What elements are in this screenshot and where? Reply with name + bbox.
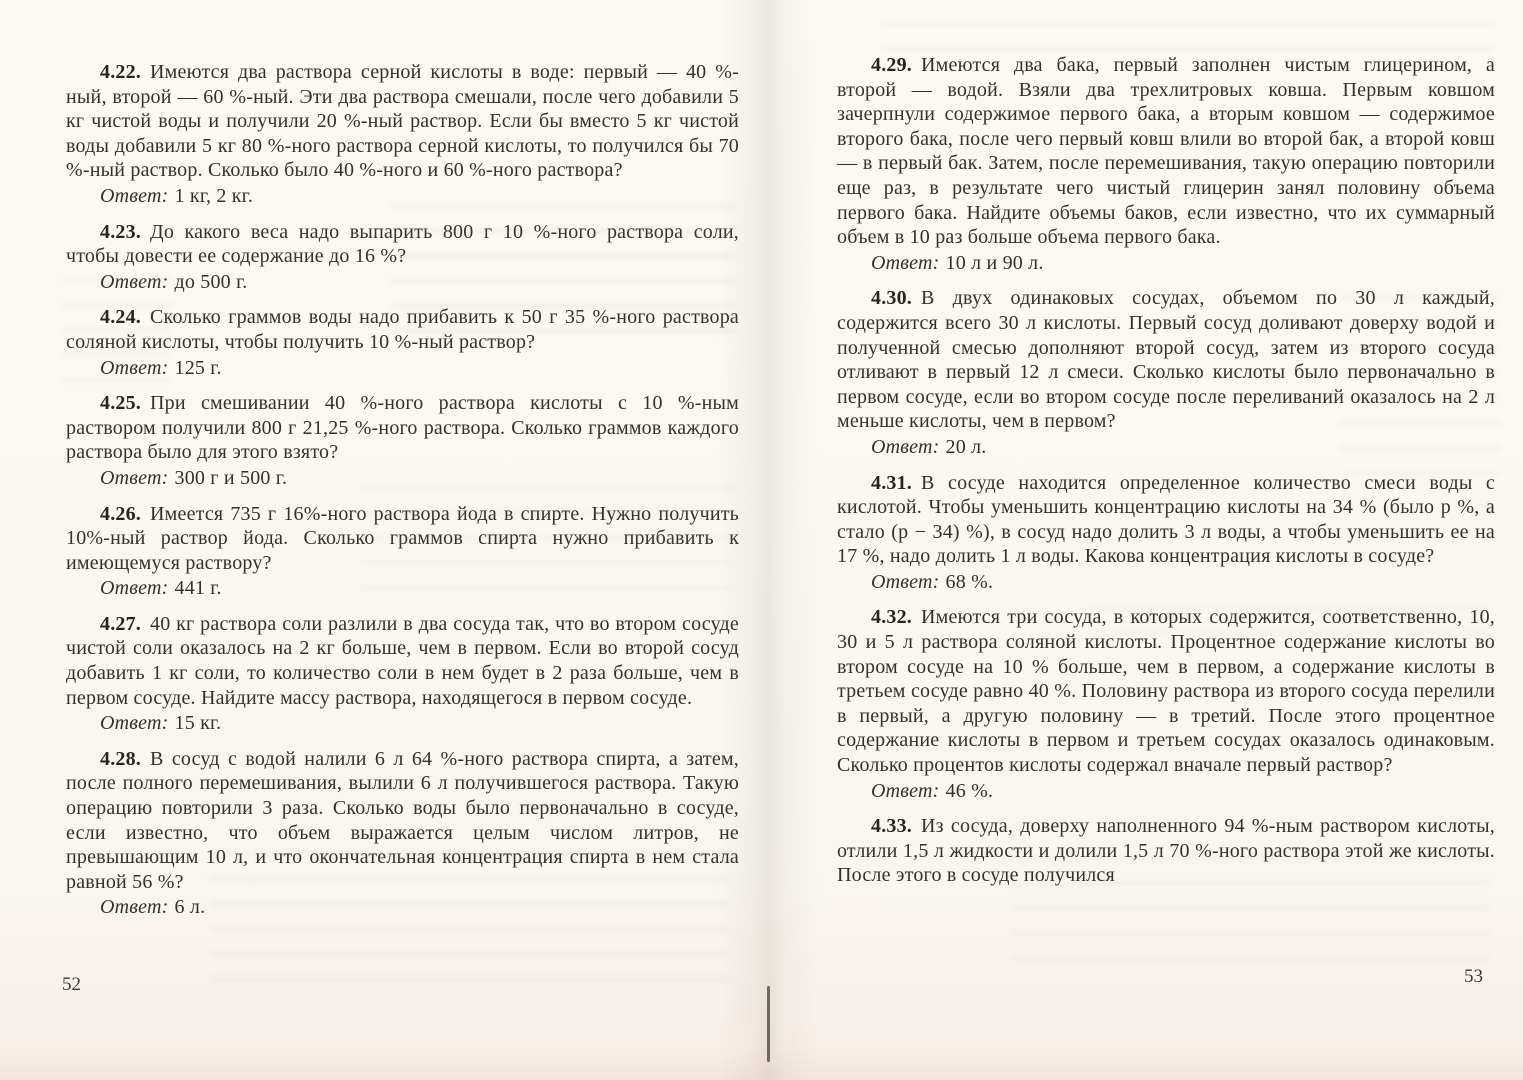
answer-value: 1 кг, 2 кг. bbox=[175, 185, 254, 207]
answer-label: Ответ: bbox=[100, 357, 169, 379]
problem-text: 4.29.Имеются два бака, первый заполнен ч… bbox=[837, 53, 1495, 250]
problem-4-26: 4.26.Имеется 735 г 16%-ного раствора йод… bbox=[66, 502, 739, 601]
answer-line: Ответ:15 кг. bbox=[66, 711, 739, 736]
answer-value: 20 л. bbox=[946, 436, 987, 458]
page-left: 4.22.Имеются два раствора серной кислоты… bbox=[0, 0, 761, 1080]
answer-value: 46 %. bbox=[946, 780, 994, 802]
page-right: 4.29.Имеются два бака, первый заполнен ч… bbox=[761, 0, 1523, 1080]
problem-body: Имеются три сосуда, в которых содержится… bbox=[837, 606, 1495, 776]
problem-text: 4.27.40 кг раствора соли разлили в два с… bbox=[66, 612, 739, 710]
answer-line: Ответ:6 л. bbox=[66, 895, 739, 920]
problem-text: 4.32.Имеются три сосуда, в которых содер… bbox=[837, 605, 1495, 777]
problem-4-25: 4.25.При смешивании 40 %-ного раствора к… bbox=[66, 391, 739, 490]
answer-label: Ответ: bbox=[871, 780, 940, 802]
problem-text: 4.26.Имеется 735 г 16%-ного раствора йод… bbox=[66, 502, 739, 576]
problem-4-29: 4.29.Имеются два бака, первый заполнен ч… bbox=[837, 53, 1495, 275]
answer-label: Ответ: bbox=[871, 571, 940, 593]
problem-4-23: 4.23.До какого веса надо выпарить 800 г … bbox=[66, 220, 739, 295]
book-spread: 4.22.Имеются два раствора серной кислоты… bbox=[0, 0, 1523, 1080]
problem-body: В сосуде находится определенное количест… bbox=[837, 472, 1495, 568]
problem-4-24: 4.24.Сколько граммов воды надо прибавить… bbox=[66, 305, 739, 380]
problem-text: 4.24.Сколько граммов воды надо прибавить… bbox=[66, 305, 739, 354]
problem-number: 4.29. bbox=[871, 54, 912, 76]
answer-value: 10 л и 90 л. bbox=[946, 252, 1044, 274]
problem-4-33: 4.33.Из сосуда, доверху наполненного 94 … bbox=[837, 814, 1495, 888]
problem-text: 4.33.Из сосуда, доверху наполненного 94 … bbox=[837, 814, 1495, 888]
answer-line: Ответ:20 л. bbox=[837, 435, 1495, 460]
problem-body: Имеются два раствора серной кислоты в во… bbox=[66, 61, 739, 181]
problem-4-27: 4.27.40 кг раствора соли разлили в два с… bbox=[66, 612, 739, 736]
answer-label: Ответ: bbox=[100, 271, 169, 293]
problem-4-31: 4.31.В сосуде находится определенное кол… bbox=[837, 471, 1495, 595]
answer-value: 441 г. bbox=[175, 577, 222, 599]
answer-value: 125 г. bbox=[175, 357, 222, 379]
problem-number: 4.25. bbox=[100, 392, 141, 414]
problem-body: При смешивании 40 %-ного раствора кислот… bbox=[66, 392, 739, 463]
problem-number: 4.24. bbox=[100, 306, 141, 328]
problem-text: 4.30.В двух одинаковых сосудах, объемом … bbox=[837, 286, 1495, 434]
answer-line: Ответ:до 500 г. bbox=[66, 270, 739, 295]
problem-body: Имеется 735 г 16%-ного раствора йода в с… bbox=[66, 503, 739, 574]
problem-number: 4.23. bbox=[100, 221, 141, 243]
answer-label: Ответ: bbox=[100, 896, 169, 918]
problem-body: В сосуд с водой налили 6 л 64 %-ного рас… bbox=[66, 748, 739, 893]
problem-text: 4.22.Имеются два раствора серной кислоты… bbox=[66, 60, 739, 183]
answer-value: 6 л. bbox=[175, 896, 206, 918]
answer-label: Ответ: bbox=[871, 252, 940, 274]
answer-value: 68 %. bbox=[946, 571, 994, 593]
answer-label: Ответ: bbox=[871, 436, 940, 458]
answer-value: 300 г и 500 г. bbox=[175, 467, 288, 489]
problem-number: 4.33. bbox=[871, 815, 912, 837]
problem-number: 4.22. bbox=[100, 61, 141, 83]
problem-number: 4.27. bbox=[100, 613, 141, 635]
problem-text: 4.28.В сосуд с водой налили 6 л 64 %-ног… bbox=[66, 747, 739, 895]
problem-body: Сколько граммов воды надо прибавить к 50… bbox=[66, 306, 739, 353]
problem-4-30: 4.30.В двух одинаковых сосудах, объемом … bbox=[837, 286, 1495, 459]
problem-body: 40 кг раствора соли разлили в два сосуда… bbox=[66, 613, 739, 709]
answer-label: Ответ: bbox=[100, 577, 169, 599]
problem-number: 4.26. bbox=[100, 503, 141, 525]
problem-text: 4.25.При смешивании 40 %-ного раствора к… bbox=[66, 391, 739, 465]
problem-number: 4.31. bbox=[871, 472, 912, 494]
problem-number: 4.32. bbox=[871, 606, 912, 628]
answer-line: Ответ:125 г. bbox=[66, 356, 739, 381]
answer-value: до 500 г. bbox=[175, 271, 248, 293]
page-number-right: 53 bbox=[1464, 966, 1483, 988]
answer-label: Ответ: bbox=[100, 467, 169, 489]
problem-text: 4.31.В сосуде находится определенное кол… bbox=[837, 471, 1495, 569]
answer-line: Ответ:10 л и 90 л. bbox=[837, 251, 1495, 276]
problem-body: Из сосуда, доверху наполненного 94 %-ным… bbox=[837, 815, 1495, 886]
problem-number: 4.30. bbox=[871, 287, 912, 309]
answer-line: Ответ:1 кг, 2 кг. bbox=[66, 184, 739, 209]
answer-line: Ответ:300 г и 500 г. bbox=[66, 466, 739, 491]
problem-number: 4.28. bbox=[100, 748, 141, 770]
page-number-left: 52 bbox=[62, 974, 81, 996]
problem-body: В двух одинаковых сосудах, объемом по 30… bbox=[837, 287, 1495, 432]
answer-line: Ответ:441 г. bbox=[66, 576, 739, 601]
problem-4-22: 4.22.Имеются два раствора серной кислоты… bbox=[66, 60, 739, 209]
answer-value: 15 кг. bbox=[175, 712, 222, 734]
problem-body: До какого веса надо выпарить 800 г 10 %-… bbox=[66, 221, 739, 268]
problem-body: Имеются два бака, первый заполнен чистым… bbox=[837, 54, 1495, 248]
problem-4-28: 4.28.В сосуд с водой налили 6 л 64 %-ног… bbox=[66, 747, 739, 920]
problem-text: 4.23.До какого веса надо выпарить 800 г … bbox=[66, 220, 739, 269]
answer-label: Ответ: bbox=[100, 185, 169, 207]
answer-line: Ответ:46 %. bbox=[837, 779, 1495, 804]
problem-4-32: 4.32.Имеются три сосуда, в которых содер… bbox=[837, 605, 1495, 803]
answer-label: Ответ: bbox=[100, 712, 169, 734]
answer-line: Ответ:68 %. bbox=[837, 570, 1495, 595]
